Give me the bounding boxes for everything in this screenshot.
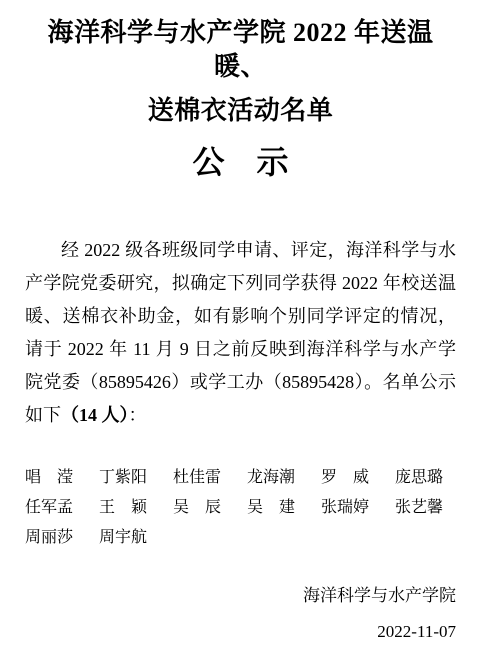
list-item: 庞思璐 bbox=[395, 463, 449, 493]
list-item: 吴 辰 bbox=[173, 493, 227, 523]
paragraph-count-bold: （14 人） bbox=[61, 405, 129, 425]
list-item: 任军孟 bbox=[25, 493, 79, 523]
student-name-list: 唱 滢 丁紫阳 杜佳雷 龙海潮 罗 威 庞思璐 任军孟 王 颖 吴 辰 吴 建 … bbox=[25, 463, 456, 553]
notice-body-paragraph: 经 2022 级各班级同学申请、评定，海洋科学与水产学院党委研究，拟确定下列同学… bbox=[25, 234, 456, 432]
document-title-line-1: 海洋科学与水产学院 2022 年送温暖、 bbox=[25, 16, 456, 84]
document-title-line-2: 送棉衣活动名单 bbox=[25, 94, 456, 128]
issuing-department: 海洋科学与水产学院 bbox=[303, 585, 456, 607]
list-item: 唱 滢 bbox=[25, 463, 79, 493]
list-item: 周丽莎 bbox=[25, 523, 79, 553]
public-notice-heading: 公 示 bbox=[25, 142, 456, 182]
list-item: 杜佳雷 bbox=[173, 463, 227, 493]
list-item: 王 颖 bbox=[99, 493, 153, 523]
list-item: 罗 威 bbox=[321, 463, 375, 493]
announcement-document: 海洋科学与水产学院 2022 年送温暖、 送棉衣活动名单 公 示 经 2022 … bbox=[0, 0, 481, 663]
list-item: 龙海潮 bbox=[247, 463, 301, 493]
list-item: 周宇航 bbox=[99, 523, 153, 553]
issue-date: 2022-11-07 bbox=[303, 621, 456, 643]
paragraph-colon: ： bbox=[129, 405, 147, 425]
list-item: 丁紫阳 bbox=[99, 463, 153, 493]
list-item: 张瑞婷 bbox=[321, 493, 375, 523]
list-item: 吴 建 bbox=[247, 493, 301, 523]
paragraph-text-main: 经 2022 级各班级同学申请、评定，海洋科学与水产学院党委研究，拟确定下列同学… bbox=[25, 240, 456, 425]
list-item: 张艺馨 bbox=[395, 493, 449, 523]
footer-signature-block: 海洋科学与水产学院 2022-11-07 bbox=[303, 585, 456, 643]
